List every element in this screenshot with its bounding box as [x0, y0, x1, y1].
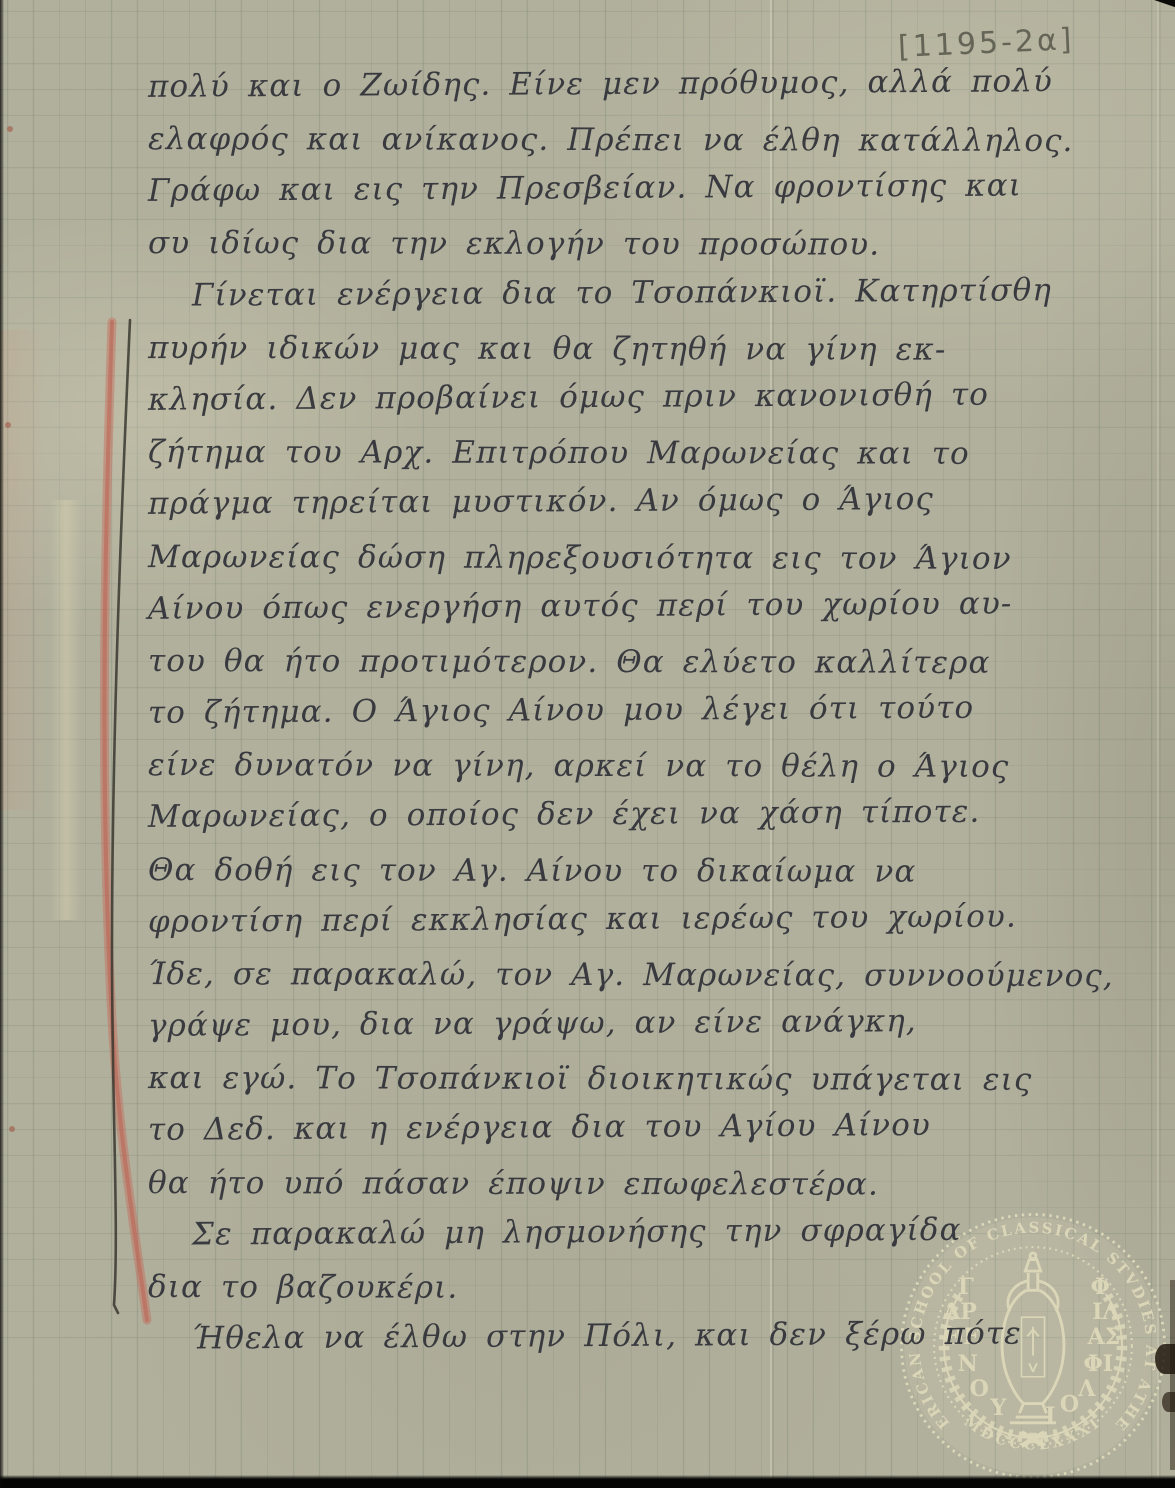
handwritten-line: ζήτημα του Αρχ. Επιτρόπου Μαρωνείας και … [118, 435, 970, 471]
handwritten-line: Μαρωνείας, ο οποίος δεν έχει να χάση τίπ… [118, 795, 981, 834]
handwritten-line: Σε παρακαλώ μη λησμονήσης την σφραγίδα [118, 1213, 962, 1252]
handwritten-line: Γράφω και εις την Πρεσβείαν. Να φροντίση… [118, 168, 1022, 208]
handwritten-line: πυρήν ιδικών μας και θα ζητηθή να γίνη ε… [118, 331, 947, 367]
handwritten-line: Ήθελα να έλθω στην Πόλι, και δεν ξέρω πό… [118, 1316, 1022, 1356]
handwritten-line: Γίνεται ενέργεια δια το Τσοπάνκιοϊ. Κατη… [118, 273, 1052, 313]
page-edge-left [0, 0, 4, 1488]
handwritten-line: πράγμα τηρείται μυστικόν. Αν όμως ο Άγιο… [118, 482, 934, 521]
handwritten-line: Ίδε, σε παρακαλώ, τον Αγ. Μαρωνείας, συν… [118, 957, 1114, 993]
handwritten-line: φροντίση περί εκκλησίας και ιερέως του χ… [118, 900, 1017, 940]
handwritten-line: δια το βαζουκέρι. [118, 1270, 458, 1305]
handwritten-line: κλησία. Δεν προβαίνει όμως πριν κανονισθ… [118, 378, 989, 417]
margin-lines [0, 0, 1175, 1488]
handwritten-line: πολύ και ο Ζωίδης. Είνε μεν πρόθυμος, αλ… [118, 64, 1053, 104]
handwritten-line: το Δεδ. και η ενέργεια δια του Αγίου Αίν… [118, 1108, 931, 1147]
handwritten-line: του θα ήτο προτιμότερον. Θα ελύετο καλλί… [118, 644, 991, 680]
scan-page: AMERICAN SCHOOL OF CLASSICAL STVDIES AT … [0, 0, 1175, 1488]
handwritten-line: το ζήτημα. Ο Άγιος Αίνου μου λέγει ότι τ… [118, 691, 974, 730]
handwritten-line: και εγώ. Το Τσοπάνκιοϊ διοικητικώς υπάγε… [118, 1061, 1032, 1097]
handwritten-line: συ ιδίως δια την εκλογήν του προσώπου. [118, 226, 880, 262]
right-edge-shadow [1170, 1280, 1175, 1470]
page-edge-bottom [0, 1475, 1175, 1488]
handwritten-line: Θα δοθή εις τον Αγ. Αίνου το δικαίωμα να [118, 853, 916, 889]
handwritten-line: θα ήτο υπό πάσαν έποψιν επωφελεστέρα. [118, 1166, 879, 1202]
handwritten-line: Μαρωνείας δώση πληρεξουσιότητα εις τον Ά… [118, 540, 1012, 576]
handwritten-line: είνε δυνατόν να γίνη, αρκεί να το θέλη ο… [118, 748, 1009, 784]
handwritten-line: γράψε μου, δια να γράψω, αν είνε ανάγκη, [118, 1004, 917, 1043]
handwritten-line: ελαφρός και ανίκανος. Πρέπει να έλθη κατ… [118, 122, 1074, 158]
handwritten-line: Αίνου όπως ενεργήση αυτός περί του χωρίο… [118, 587, 1013, 627]
